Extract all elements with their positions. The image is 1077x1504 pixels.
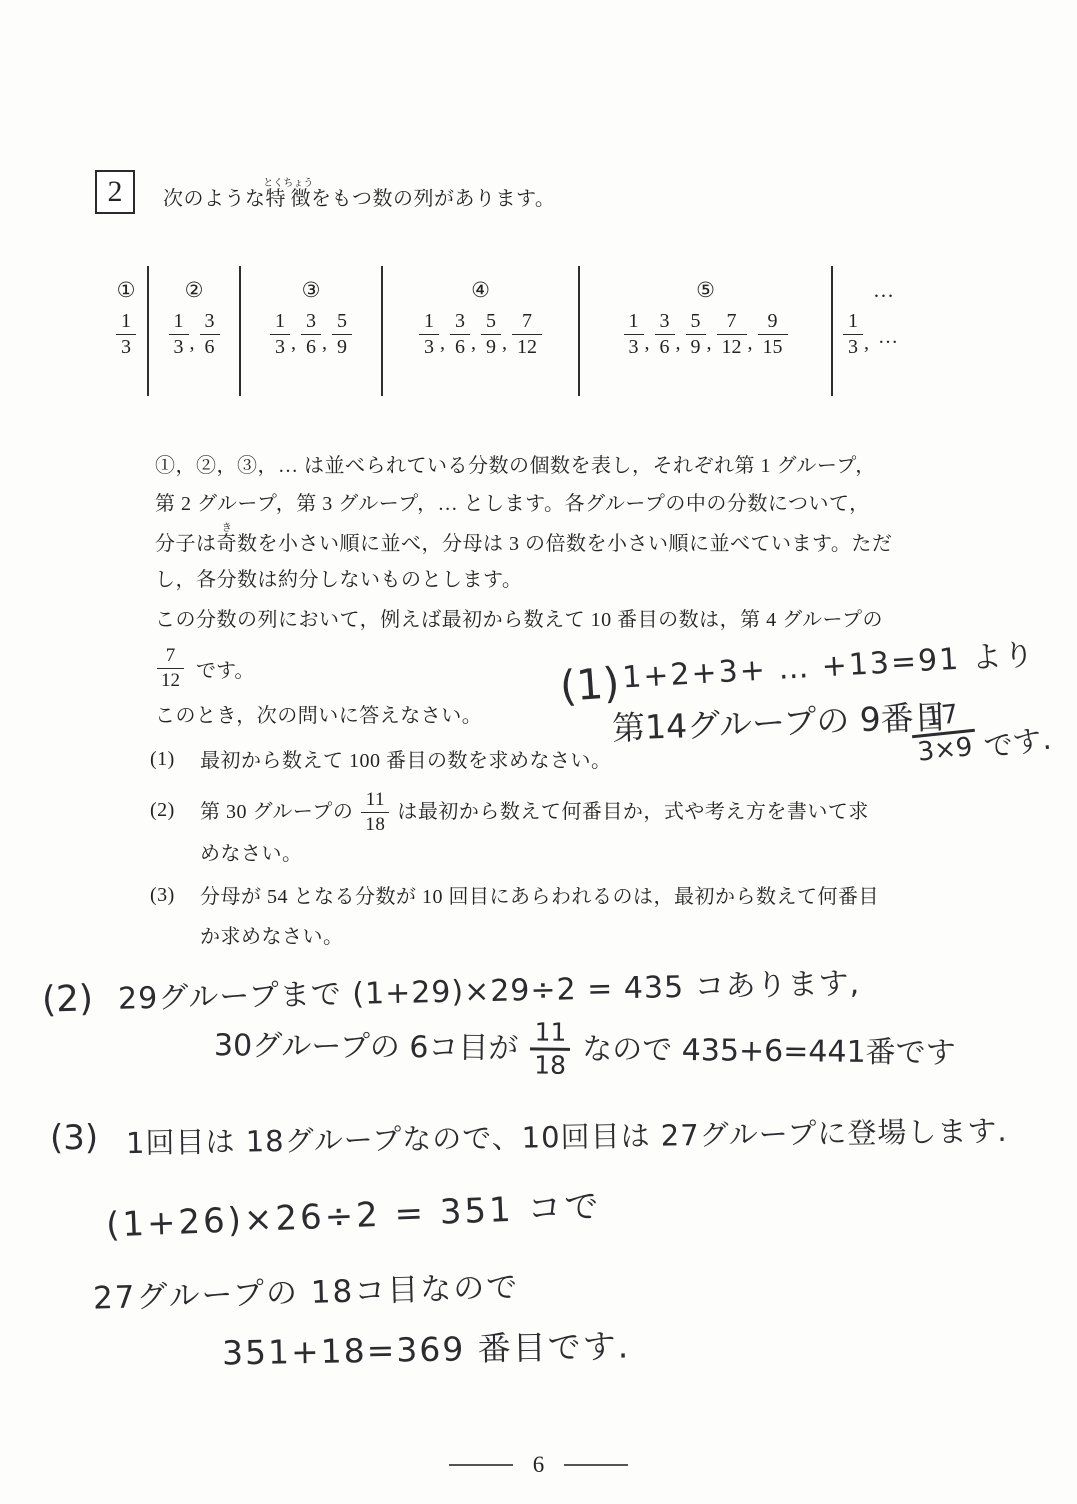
handwritten-answer2-label: (2) bbox=[41, 979, 93, 1020]
fraction: 59 bbox=[481, 310, 501, 359]
sequence-group-4: ④13,36,59,712 bbox=[383, 266, 580, 396]
fraction: 59 bbox=[332, 310, 352, 359]
sequence-group-1: ①13 bbox=[105, 266, 149, 396]
problem-number: 2 bbox=[108, 175, 123, 209]
fraction-denominator: 6 bbox=[301, 334, 321, 359]
fraction: 36 bbox=[450, 310, 470, 359]
question-2-line-2: めなさい。 bbox=[200, 841, 869, 867]
fraction-numerator: 1 bbox=[624, 310, 644, 334]
fraction-denominator: 9 bbox=[481, 334, 501, 359]
fraction-separator: , bbox=[189, 332, 200, 359]
sequence-group-label: ⑤ bbox=[696, 276, 715, 304]
problem-header: 2 次のような特徴とくちょうをもつ数の列があります。 bbox=[95, 170, 555, 214]
fraction-numerator: 5 bbox=[686, 310, 706, 334]
fraction: 59 bbox=[686, 310, 706, 359]
sequence-group-2: ②13,36 bbox=[149, 266, 241, 396]
title-ruby-base: 特徴 bbox=[263, 188, 313, 210]
question-2-pre: 第 30 グループの bbox=[200, 799, 353, 825]
fraction-numerator: 5 bbox=[332, 310, 352, 334]
handwritten-answer2-line1: 29グループまで (1+29)×29÷2 = 435 コあります, bbox=[118, 967, 861, 1016]
line3-ruby-base: 奇 bbox=[217, 533, 238, 555]
sequence-group-label: ④ bbox=[471, 276, 490, 304]
description-line-1: ①，②，③，… は並べられている分数の個数を表し，それぞれ第 1 グループ， bbox=[155, 447, 892, 485]
question-2: (2) 第 30 グループの 11 18 は最初から数えて何番目か，式や考え方を… bbox=[150, 783, 869, 867]
question-3-label: (3) bbox=[150, 884, 186, 950]
fraction-denominator: 12 bbox=[512, 334, 542, 359]
fraction-denominator: 3 bbox=[419, 334, 439, 359]
sequence-group-label: ③ bbox=[302, 276, 321, 304]
description-line-4: し，各分数は約分しないものとします。 bbox=[155, 561, 892, 599]
fraction: 36 bbox=[301, 310, 321, 359]
title-ruby: 特徴とくちょう bbox=[266, 188, 312, 210]
fraction-numerator: 9 bbox=[763, 310, 783, 334]
fraction-numerator: 3 bbox=[301, 310, 321, 334]
fraction: 36 bbox=[655, 310, 675, 359]
fraction: 712 bbox=[512, 310, 542, 359]
fraction-numerator: 1 bbox=[419, 310, 439, 334]
fraction-numerator: 3 bbox=[200, 310, 220, 334]
fraction-separator: , bbox=[439, 332, 450, 359]
sequence-group-fractions: 13,36,59,712 bbox=[419, 310, 542, 359]
fraction-numerator: 1 bbox=[843, 310, 863, 334]
handwritten-answer2-fraction-denominator: 18 bbox=[530, 1048, 570, 1080]
fraction-numerator: 1 bbox=[116, 310, 136, 334]
handwritten-answer3-label: (3) bbox=[50, 1120, 98, 1157]
fraction-separator: , bbox=[747, 332, 758, 359]
footer-rule-right bbox=[564, 1464, 628, 1466]
sequence-group-label: ② bbox=[185, 276, 204, 304]
handwritten-answer2-line2-post: なので 435+6=441番です bbox=[582, 1033, 956, 1070]
fraction-numerator: 1 bbox=[169, 310, 189, 334]
handwritten-answer1-line2: 第14グループの 9番目 bbox=[611, 699, 947, 747]
title-pre: 次のような bbox=[163, 188, 266, 210]
sequence-table: ①13②13,36③13,36,59④13,36,59,712⑤13,36,59… bbox=[105, 266, 1018, 396]
question-2-line-1: 第 30 グループの 11 18 は最初から数えて何番目か，式や考え方を書いて求 bbox=[200, 783, 869, 841]
line3-pre: 分子は bbox=[155, 533, 217, 555]
title-post: をもつ数の列があります。 bbox=[311, 188, 555, 210]
question-2-post: は最初から数えて何番目か，式や考え方を書いて求 bbox=[397, 799, 869, 825]
question-2-fraction-denominator: 18 bbox=[361, 812, 389, 836]
question-2-fraction: 11 18 bbox=[361, 789, 389, 836]
sequence-group-fractions: 13,36 bbox=[169, 310, 220, 359]
line3-ruby: 奇き bbox=[217, 533, 238, 555]
fraction: 712 bbox=[717, 310, 747, 359]
fraction-numerator: 1 bbox=[270, 310, 290, 334]
sequence-group-fractions: 13,36,59 bbox=[270, 310, 352, 359]
handwritten-answer1-suffix: です. bbox=[982, 723, 1053, 764]
sequence-continuation-ellipsis: … bbox=[874, 326, 901, 359]
fraction-separator: , bbox=[470, 332, 481, 359]
sequence-group-label: ① bbox=[117, 276, 136, 304]
fraction-separator: , bbox=[501, 332, 512, 359]
example-suffix: です。 bbox=[196, 654, 254, 683]
fraction-denominator: 12 bbox=[717, 334, 747, 359]
fraction-denominator: 9 bbox=[332, 334, 352, 359]
fraction-denominator: 15 bbox=[758, 334, 788, 359]
example-line: この分数の列において，例えば最初から数えて 10 番目の数は，第 4 グループの bbox=[155, 601, 883, 639]
sequence-group-5: ⑤13,36,59,712,915 bbox=[580, 266, 833, 396]
fraction: 13 bbox=[169, 310, 189, 359]
description-line-3: 分子は奇き数を小さい順に並べ，分母は 3 の倍数を小さい順に並べています。ただ bbox=[155, 523, 892, 561]
handwritten-answer1-fraction-numerator: 17 bbox=[920, 701, 964, 734]
question-1-label: (1) bbox=[150, 748, 186, 774]
description-line-2: 第 2 グループ，第 3 グループ，… とします。各グループの中の分数について， bbox=[155, 485, 892, 523]
sequence-group-label: … bbox=[873, 276, 894, 304]
handwritten-answer3-line4: 351+18=369 番目です. bbox=[222, 1328, 631, 1371]
handwritten-answer2-fraction-numerator: 11 bbox=[530, 1019, 570, 1048]
page-number: 6 bbox=[533, 1452, 545, 1478]
line3-furigana: き bbox=[217, 523, 238, 534]
page-footer: 6 bbox=[0, 1452, 1077, 1478]
fraction-numerator: 7 bbox=[517, 310, 537, 334]
line3-post: 数を小さい順に並べ，分母は 3 の倍数を小さい順に並べています。ただ bbox=[237, 533, 892, 555]
fraction-numerator: 7 bbox=[722, 310, 742, 334]
fraction: 36 bbox=[200, 310, 220, 359]
fraction: 13 bbox=[419, 310, 439, 359]
fraction-denominator: 3 bbox=[843, 334, 863, 359]
handwritten-answer1-label: (1) bbox=[558, 660, 621, 710]
fraction-separator: , bbox=[675, 332, 686, 359]
fraction-separator: , bbox=[706, 332, 717, 359]
question-3: (3) 分母が 54 となる分数が 10 回目にあらわれるのは，最初から数えて何… bbox=[150, 884, 879, 950]
footer-rule-left bbox=[449, 1464, 513, 1466]
description-paragraph: ①，②，③，… は並べられている分数の個数を表し，それぞれ第 1 グループ， 第… bbox=[155, 447, 892, 599]
handwritten-answer2-line2-pre: 30グループの 6コ目が bbox=[214, 1029, 519, 1065]
fraction-separator: , bbox=[644, 332, 655, 359]
question-2-label: (2) bbox=[150, 783, 186, 867]
handwritten-answer1-fraction: 17 3×9 bbox=[909, 700, 978, 768]
question-2-body: 第 30 グループの 11 18 は最初から数えて何番目か，式や考え方を書いて求… bbox=[200, 783, 869, 867]
fraction-denominator: 6 bbox=[200, 334, 220, 359]
question-3-line-1: 分母が 54 となる分数が 10 回目にあらわれるのは，最初から数えて何番目 bbox=[200, 884, 879, 910]
question-2-fraction-numerator: 11 bbox=[362, 789, 389, 812]
fraction-numerator: 3 bbox=[655, 310, 675, 334]
exam-page: 2 次のような特徴とくちょうをもつ数の列があります。 ①13②13,36③13,… bbox=[0, 0, 1077, 1504]
handwritten-answer3-line3: 27グループの 18コ目なので bbox=[93, 1270, 520, 1315]
fraction-denominator: 6 bbox=[655, 334, 675, 359]
fraction-denominator: 3 bbox=[116, 334, 136, 359]
fraction: 13 bbox=[270, 310, 290, 359]
sequence-group-6: …13,… bbox=[833, 266, 1018, 396]
problem-number-box: 2 bbox=[95, 170, 135, 214]
question-3-line-2: か求めなさい。 bbox=[200, 924, 879, 950]
title-furigana: とくちょう bbox=[263, 178, 313, 189]
fraction-denominator: 3 bbox=[270, 334, 290, 359]
question-1-text: 最初から数えて 100 番目の数を求めなさい。 bbox=[200, 748, 612, 774]
handwritten-answer2-fraction: 11 18 bbox=[530, 1019, 570, 1079]
example-fraction-numerator: 7 bbox=[162, 645, 180, 668]
handwritten-answer2-line2: 30グループの 6コ目が 11 18 なので 435+6=441番です bbox=[214, 1016, 956, 1083]
fraction-separator: , bbox=[863, 332, 874, 359]
fraction-separator: , bbox=[321, 332, 332, 359]
fraction-denominator: 9 bbox=[686, 334, 706, 359]
handwritten-answer3-line1: 1回目は 18グループなので、10回目は 27グループに登場します. bbox=[126, 1116, 1008, 1160]
sequence-group-fractions: 13,36,59,712,915 bbox=[624, 310, 788, 359]
question-1: (1) 最初から数えて 100 番目の数を求めなさい。 bbox=[150, 748, 612, 774]
fraction: 13 bbox=[624, 310, 644, 359]
problem-title: 次のような特徴とくちょうをもつ数の列があります。 bbox=[163, 178, 555, 211]
fraction-denominator: 6 bbox=[450, 334, 470, 359]
example-fraction: 7 12 bbox=[157, 645, 184, 692]
fraction-denominator: 3 bbox=[169, 334, 189, 359]
handwritten-answer1-fraction-denominator: 3×9 bbox=[912, 729, 978, 768]
fraction-denominator: 3 bbox=[624, 334, 644, 359]
fraction-numerator: 3 bbox=[450, 310, 470, 334]
fraction: 915 bbox=[758, 310, 788, 359]
question-3-body: 分母が 54 となる分数が 10 回目にあらわれるのは，最初から数えて何番目 か… bbox=[200, 884, 879, 950]
sequence-group-3: ③13,36,59 bbox=[241, 266, 383, 396]
fraction-numerator: 5 bbox=[481, 310, 501, 334]
fraction: 13 bbox=[116, 310, 136, 359]
handwritten-answer3-line2: (1+26)×26÷2 = 351 コで bbox=[105, 1189, 602, 1245]
example-fraction-denominator: 12 bbox=[157, 668, 184, 692]
sequence-group-fractions: 13,… bbox=[833, 310, 901, 359]
fraction: 13 bbox=[843, 310, 863, 359]
fraction-separator: , bbox=[290, 332, 301, 359]
sequence-group-fractions: 13 bbox=[116, 310, 136, 359]
